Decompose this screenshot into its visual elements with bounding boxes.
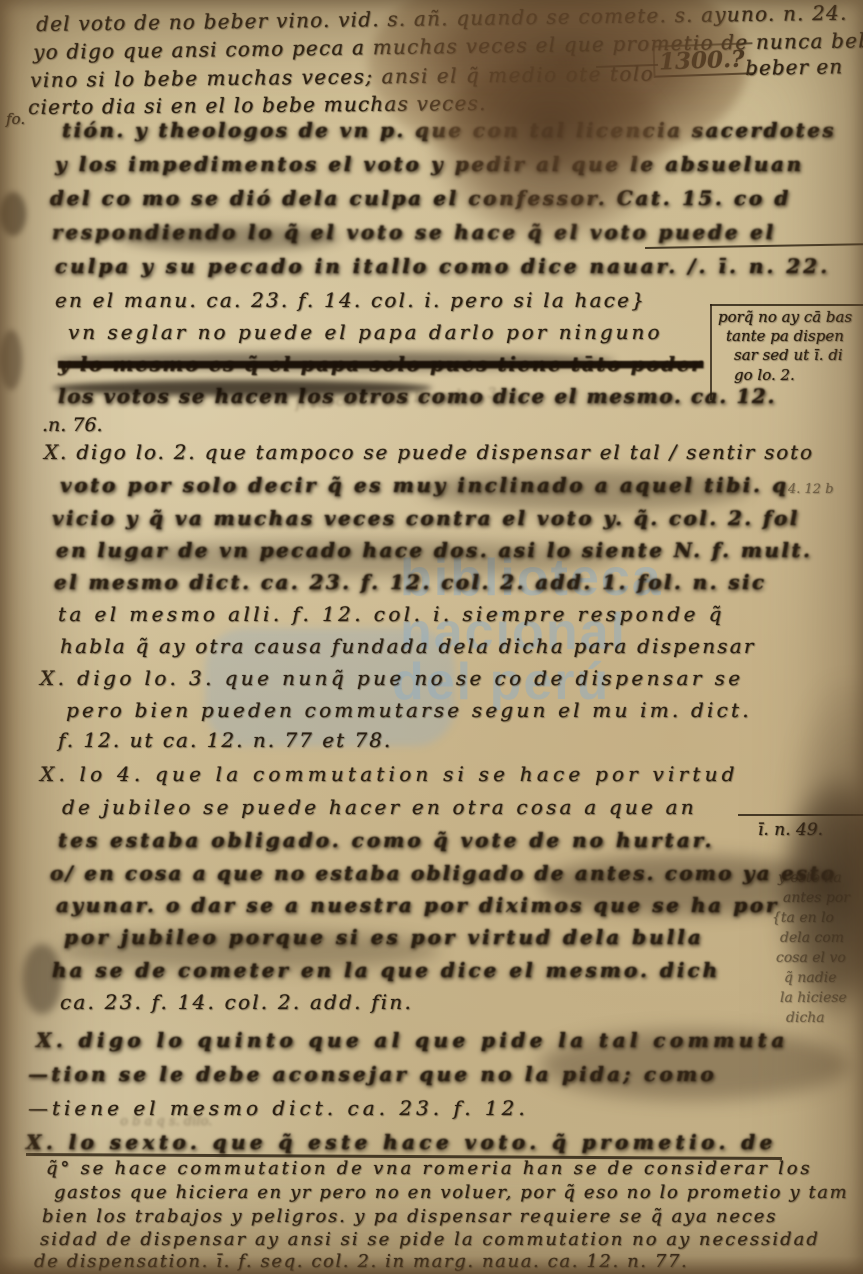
manuscript-line: X. digo lo. 2. que tampoco se puede disp… — [44, 440, 814, 464]
manuscript-page: biblioteca nacional del perú del voto de… — [0, 0, 863, 1274]
manuscript-line: porq̃ no ay cā bas — [718, 308, 852, 326]
manuscript-line: {ta en lo — [772, 910, 834, 926]
manuscript-line: respondiendo lo q̃ el voto se hace q̃ el… — [52, 220, 776, 244]
manuscript-lines: del voto de no beber vino. vid. s. añ. q… — [0, 0, 863, 1274]
manuscript-line: o b a q s. dilo. — [120, 1114, 212, 1129]
manuscript-line: pero bien pueden commutarse segun el mu … — [66, 698, 752, 722]
manuscript-line: cierto dia si en el lo bebe muchas veces… — [28, 91, 487, 119]
manuscript-line: ta el mesmo alli. f. 12. col. i. siempre… — [58, 602, 725, 626]
manuscript-line: por jubileo porque si es por virtud dela… — [64, 925, 704, 949]
manuscript-line: 4. 12 b — [788, 482, 834, 497]
stamp-1300: 1300.? — [652, 42, 753, 77]
ink-rule-n49 — [738, 814, 863, 816]
manuscript-line: la hiciese — [780, 990, 847, 1006]
manuscript-line: bien los trabajos y peligros. y pa dispe… — [42, 1206, 777, 1227]
manuscript-line: en el manu. ca. 23. f. 14. col. i. pero … — [55, 288, 646, 312]
manuscript-line: beber en — [745, 54, 843, 80]
page-bottom-shadow — [0, 1256, 863, 1274]
manuscript-line: cosa el vo — [776, 950, 846, 966]
ink-rule-marginnote — [710, 304, 863, 306]
manuscript-line: gastos que hiciera en yr pero no en volu… — [54, 1182, 848, 1203]
manuscript-line: .n. 76. — [42, 414, 103, 436]
manuscript-line: o/ en cosa a que no estaba obligado de a… — [50, 861, 836, 885]
manuscript-line: f. 12. ut ca. 12. n. 77 et 78. — [58, 728, 392, 752]
manuscript-line: dicha — [786, 1010, 825, 1026]
page-gutter-shadow — [0, 0, 34, 1274]
manuscript-line: sar sed ut ī. di — [734, 346, 843, 364]
manuscript-line: y los impedimentos el voto y pedir al qu… — [55, 152, 804, 176]
manuscript-line: culpa y su pecado in itallo como dice na… — [55, 254, 830, 278]
manuscript-line: tante pa dispen — [726, 327, 844, 345]
manuscript-line: y lo mesmo es q̃ el papa solo pues tiene… — [58, 352, 703, 376]
manuscript-line: vn seglar no puede el papa darlo por nin… — [68, 320, 662, 344]
manuscript-line: ī. n. 49. — [758, 820, 823, 840]
manuscript-line: el mesmo dict. ca. 23. f. 12. col. 2. ad… — [54, 570, 767, 594]
manuscript-line: voto por solo decir q̃ es muy inclinado … — [60, 473, 789, 497]
manuscript-line: X. lo 4. que la commutation si se hace p… — [40, 762, 739, 786]
manuscript-line: habla q̃ ay otra causa fundada dela dich… — [60, 634, 756, 658]
manuscript-line: —tiene el mesmo dict. ca. 23. f. 12. — [28, 1096, 529, 1120]
manuscript-line: en lugar de vn pecado hace dos. asi lo s… — [56, 538, 812, 562]
manuscript-line: y esto ha — [778, 870, 842, 886]
manuscript-line: antes por — [783, 890, 850, 906]
ink-vrule-marginnote — [710, 304, 712, 400]
manuscript-line: ha se de cometer en la que dice el mesmo… — [52, 958, 720, 982]
manuscript-line: ca. 23. f. 14. col. 2. add. fin. — [60, 990, 413, 1014]
manuscript-line: X. digo lo. 3. que nunq̃ pue no se co de… — [40, 666, 743, 690]
manuscript-line: del co mo se dió dela culpa el confessor… — [50, 186, 791, 210]
manuscript-line: sidad de dispensar ay ansi si se pide la… — [40, 1229, 820, 1250]
manuscript-line: de jubileo se puede hacer en otra cosa a… — [62, 795, 697, 819]
manuscript-line: ayunar. o dar se a nuestra por diximos q… — [56, 893, 779, 917]
manuscript-line: dela com — [780, 930, 844, 946]
manuscript-line: vino si lo bebe muchas veces; ansi el q̃… — [30, 61, 654, 92]
manuscript-line: vicio y q̃ va muchas veces contra el vot… — [52, 506, 800, 530]
manuscript-line: tes estaba obligado. como q̃ vote de no … — [58, 828, 714, 852]
manuscript-line: X. digo lo quinto que al que pide la tal… — [36, 1028, 789, 1052]
manuscript-line: X. lo sexto. que q̃ este hace voto. q̃ p… — [26, 1130, 777, 1154]
manuscript-line: go lo. 2. — [734, 366, 795, 384]
manuscript-line: tión. y theologos de vn p. que con tal l… — [62, 118, 836, 142]
manuscript-line: q̃ nadie — [784, 970, 837, 986]
manuscript-line: q̃° se hace commutation de vna romeria h… — [46, 1158, 812, 1179]
manuscript-line: —tion se le debe aconsejar que no la pid… — [28, 1062, 717, 1086]
